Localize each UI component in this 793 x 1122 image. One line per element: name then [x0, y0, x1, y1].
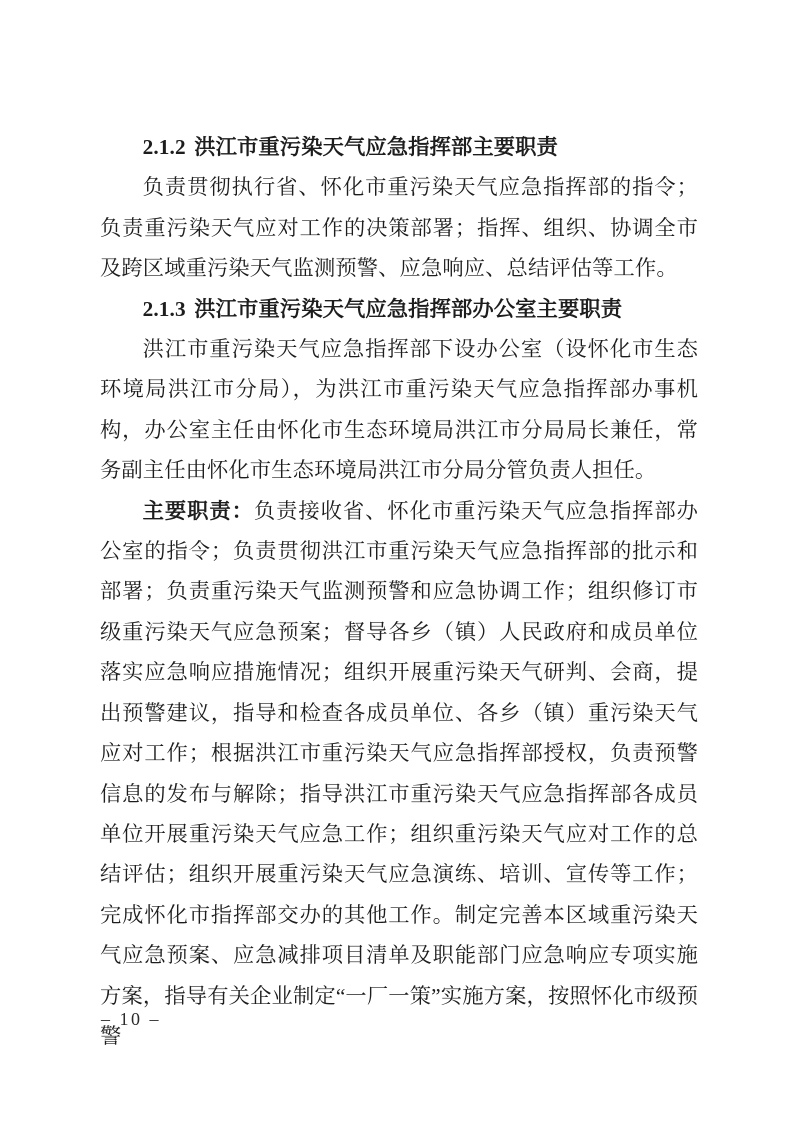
section-heading-2-1-3: 2.1.3洪江市重污染天气应急指挥部办公室主要职责 — [100, 289, 698, 329]
section-title-2-1-2: 洪江市重污染天气应急指挥部主要职责 — [194, 135, 558, 159]
paragraph-command-duties: 负责贯彻执行省、怀化市重污染天气应急指挥部的指令；负责重污染天气应对工作的决策部… — [100, 167, 698, 288]
paragraph-office-main-duties: 主要职责：负责接收省、怀化市重污染天气应急指挥部办公室的指令；负责贯彻洪江市重污… — [100, 491, 698, 1057]
document-content: 2.1.2洪江市重污染天气应急指挥部主要职责 负责贯彻执行省、怀化市重污染天气应… — [100, 127, 698, 1056]
duties-body-text: 负责接收省、怀化市重污染天气应急指挥部办公室的指令；负责贯彻洪江市重污染天气应急… — [100, 499, 698, 1048]
paragraph-office-setup: 洪江市重污染天气应急指挥部下设办公室（设怀化市生态环境局洪江市分局），为洪江市重… — [100, 329, 698, 491]
section-number-2-1-2: 2.1.2 — [143, 135, 186, 159]
page-number: – 10 – — [101, 1008, 161, 1030]
document-page: 2.1.2洪江市重污染天气应急指挥部主要职责 负责贯彻执行省、怀化市重污染天气应… — [0, 0, 793, 1122]
duties-lead-label: 主要职责： — [143, 499, 254, 523]
section-title-2-1-3: 洪江市重污染天气应急指挥部办公室主要职责 — [194, 297, 622, 321]
section-number-2-1-3: 2.1.3 — [143, 297, 186, 321]
section-heading-2-1-2: 2.1.2洪江市重污染天气应急指挥部主要职责 — [100, 127, 698, 167]
